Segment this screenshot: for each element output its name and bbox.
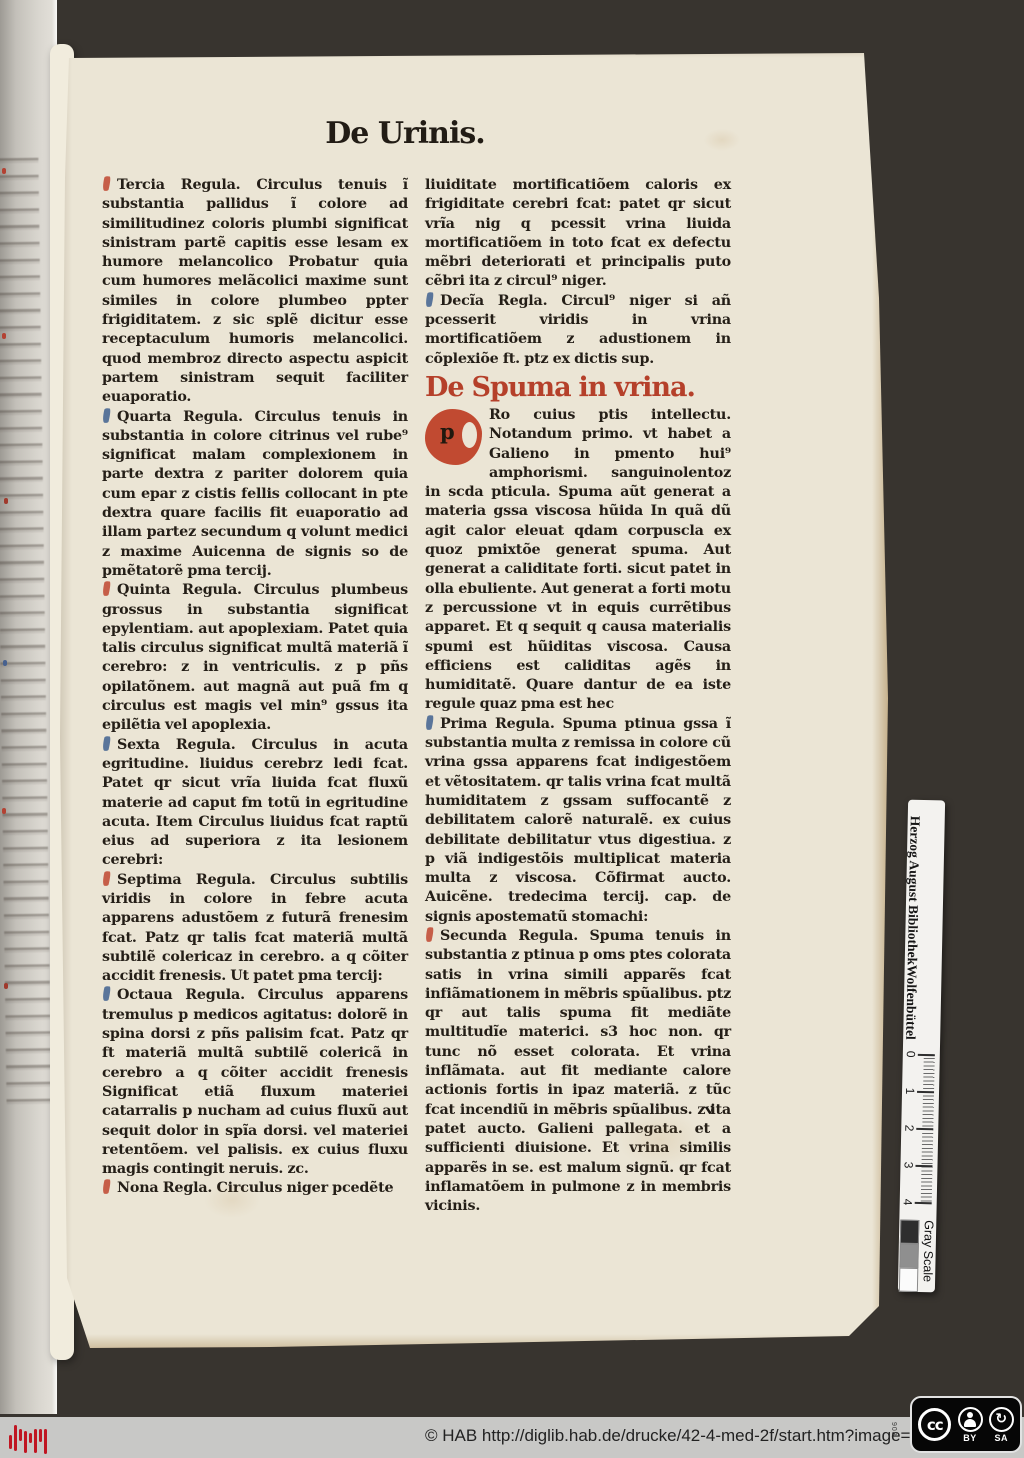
cc-by-block: BY: [958, 1407, 983, 1443]
scale-number: 3: [901, 1162, 915, 1174]
cc-by-label: BY: [963, 1433, 977, 1443]
cc-logo-icon: cc: [918, 1408, 951, 1441]
text-paragraph: liuiditate mortificatiõem caloris ex fri…: [425, 176, 731, 292]
text-paragraph: Octaua Regula. Circulus apparens tremulu…: [102, 986, 408, 1179]
gray-swatch-dark: [899, 1220, 918, 1244]
cc-by-person-icon: [958, 1407, 983, 1432]
paragraph-mark-icon: [101, 175, 111, 191]
paragraph-mark-icon: [101, 870, 111, 886]
paragraph-text: Decĩa Regla. Circul⁹ niger si añ pcesser…: [425, 293, 731, 367]
credit-url: © HAB http://diglib.hab.de/drucke/42-4-m…: [425, 1426, 958, 1446]
paragraph-text: Septima Regula. Circulus subtilis viridi…: [102, 872, 408, 984]
institution-line-2: Wolfenbüttel: [903, 965, 942, 1041]
scan-viewer: De Urinis. Tercia Regula. Circulus tenui…: [0, 0, 1024, 1458]
paragraph-text: Quarta Regula. Circulus tenuis in substa…: [102, 409, 408, 579]
text-paragraph: Septima Regula. Circulus subtilis viridi…: [102, 871, 408, 987]
cm-tick: [916, 1128, 933, 1130]
guide-letter: p: [440, 422, 454, 441]
scale-number: 4: [901, 1199, 915, 1211]
ruler-scale: 0 1 2 3 4: [900, 1054, 940, 1213]
paragraph-text: Prima Regula. Spuma ptinua gssa ĩ substa…: [425, 716, 731, 925]
paragraph-text: Secunda Regula. Spuma tenuis in substant…: [425, 928, 731, 1214]
gray-swatch-mid: [899, 1244, 918, 1268]
cm-tick: [915, 1202, 932, 1204]
paragraph-mark-icon: [424, 926, 434, 942]
institution-label: Herzog August Bibliothek Wolfenbüttel: [903, 812, 945, 1045]
paragraph-text: Nona Regla. Circulus niger pcedẽte: [117, 1180, 393, 1196]
text-paragraph: Sexta Regula. Circulus in acuta egritudi…: [102, 736, 408, 871]
text-paragraph: Quinta Regula. Circulus plumbeus grossus…: [102, 581, 408, 735]
cm-tick: [915, 1165, 932, 1167]
text-paragraph: Secunda Regula. Spuma tenuis in substant…: [425, 927, 731, 1216]
lombard-initial-P: p: [425, 409, 482, 465]
paragraph-mark-icon: [424, 714, 434, 730]
scale-number: 2: [902, 1125, 916, 1137]
paragraph-mark-icon: [101, 735, 111, 751]
paragraph-text: Quinta Regula. Circulus plumbeus grossus…: [102, 582, 408, 733]
section-heading: De Spuma in vrina.: [425, 372, 731, 404]
side-code: 908: [890, 1422, 897, 1437]
paragraph-mark-icon: [101, 581, 111, 597]
right-text-column: liuiditate mortificatiõem caloris ex fri…: [425, 176, 731, 1216]
right-column-bottom: Prima Regula. Spuma ptinua gssa ĩ substa…: [425, 715, 731, 1217]
paragraph-mark-icon: [101, 1179, 111, 1195]
paragraph-mark-icon: [424, 291, 434, 307]
gray-swatch-light: [898, 1268, 917, 1292]
paragraph-mark-icon: [101, 986, 111, 1002]
drop-cap-paragraph: p Ro cuius ptis intellectu. Notandum pri…: [425, 406, 731, 715]
ruler-strip: Herzog August Bibliothek Wolfenbüttel 0 …: [898, 800, 945, 1293]
footer-bar: © HAB http://diglib.hab.de/drucke/42-4-m…: [0, 1417, 1024, 1458]
paragraph-text: Tercia Regula. Circulus tenuis ĩ substan…: [102, 177, 408, 405]
paragraph-text: Octaua Regula. Circulus apparens tremulu…: [102, 987, 408, 1177]
cc-sa-block: ↻ SA: [989, 1407, 1014, 1443]
gray-scale-block: Gray Scale: [898, 1220, 936, 1293]
cc-license-badge: cc BY ↻ SA: [910, 1396, 1022, 1453]
paragraph-text: liuiditate mortificatiõem caloris ex fri…: [425, 177, 731, 289]
cc-sa-label: SA: [994, 1433, 1008, 1443]
hab-logo-icon: [9, 1422, 47, 1453]
cm-tick: [917, 1091, 934, 1093]
cm-tick: [918, 1054, 935, 1056]
book-page: De Urinis. Tercia Regula. Circulus tenui…: [60, 48, 888, 1348]
text-paragraph: Prima Regula. Spuma ptinua gssa ĩ substa…: [425, 715, 731, 927]
edge-rubric-marks: [2, 168, 6, 174]
text-paragraph: Quarta Regula. Circulus tenuis in substa…: [102, 408, 408, 582]
text-paragraph: Decĩa Regla. Circul⁹ niger si añ pcesser…: [425, 292, 731, 369]
text-paragraph: Nona Regla. Circulus niger pcedẽte: [102, 1179, 408, 1198]
gray-scale-label: Gray Scale: [920, 1220, 936, 1292]
scale-number: 0: [904, 1051, 918, 1063]
left-text-column: Tercia Regula. Circulus tenuis ĩ substan…: [102, 176, 408, 1199]
cc-sa-arrow-icon: ↻: [989, 1407, 1014, 1432]
gray-swatches: [898, 1220, 919, 1292]
running-title: De Urinis.: [255, 116, 555, 151]
facing-page-edge: [0, 0, 57, 1414]
right-column-top: liuiditate mortificatiõem caloris ex fri…: [425, 176, 731, 369]
scale-number: 1: [903, 1088, 917, 1100]
institution-line-1: Herzog August Bibliothek: [905, 816, 945, 966]
paragraph-mark-icon: [101, 407, 111, 423]
paragraph-text: Sexta Regula. Circulus in acuta egritudi…: [102, 737, 408, 869]
text-paragraph: Tercia Regula. Circulus tenuis ĩ substan…: [102, 176, 408, 408]
